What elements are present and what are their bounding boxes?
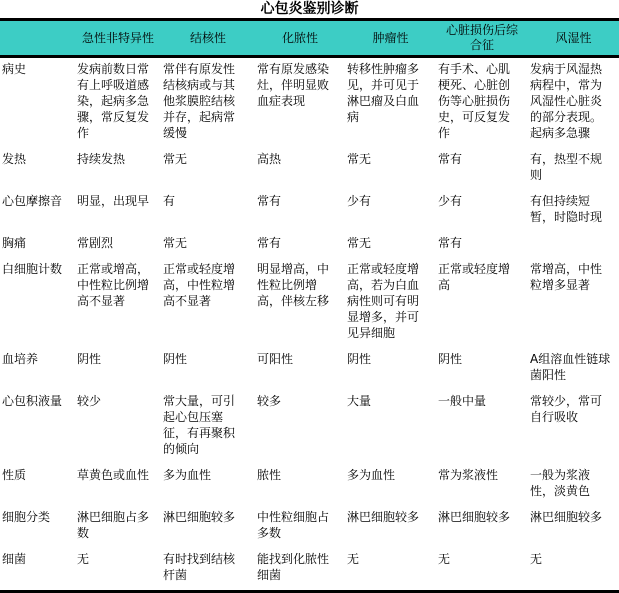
column-header: 心脏损伤后综合征 (436, 20, 528, 57)
row-label: 白细胞计数 (0, 258, 75, 348)
cell: 常为浆液性 (436, 464, 528, 506)
cell: 有时找到结核杆菌 (161, 548, 255, 592)
cell: 阴性 (345, 348, 436, 390)
cell: 常增高，中性粒增多显著 (528, 258, 619, 348)
row-label: 心包积液量 (0, 390, 75, 464)
cell: 正常或轻度增高，中性粒增高不显著 (161, 258, 255, 348)
cell: 常无 (161, 148, 255, 190)
cell: 发病于风湿热病程中，常为风湿性心脏炎的部分表现。起病多急骤 (528, 57, 619, 149)
cell: 无 (75, 548, 161, 592)
cell: 常有 (255, 232, 345, 258)
cell: 高热 (255, 148, 345, 190)
cell: 少有 (345, 190, 436, 232)
cell: 较少 (75, 390, 161, 464)
cell: 大量 (345, 390, 436, 464)
column-header: 化脓性 (255, 20, 345, 57)
cell: 有 (161, 190, 255, 232)
cell: 中性粒细胞占多数 (255, 506, 345, 548)
table-row: 细菌无有时找到结核杆菌能找到化脓性细菌无无无 (0, 548, 619, 592)
cell: A组溶血性链球菌阳性 (528, 348, 619, 390)
cell: 正常或轻度增高，若为白血病性则可有明显增多，并可见异细胞 (345, 258, 436, 348)
cell: 阴性 (161, 348, 255, 390)
cell: 转移性肿瘤多见，并可见于淋巴瘤及白血病 (345, 57, 436, 149)
cell: 淋巴细胞较多 (528, 506, 619, 548)
corner-header-cell (0, 20, 75, 57)
cell: 常无 (345, 148, 436, 190)
pericarditis-diagnosis-table: 急性非特异性结核性化脓性肿瘤性心脏损伤后综合征风湿性 病史发病前数日常有上呼吸道… (0, 18, 619, 593)
column-header: 急性非特异性 (75, 20, 161, 57)
table-row: 心包摩擦音明显，出现早有常有少有少有有但持续短暂，时隐时现 (0, 190, 619, 232)
cell: 正常或轻度增高 (436, 258, 528, 348)
cell: 明显增高，中性粒比例增高，伴核左移 (255, 258, 345, 348)
table-row: 心包积液量较少常大量，可引起心包压塞征，有再聚积的倾向较多大量一般中量常较少，常… (0, 390, 619, 464)
cell: 无 (528, 548, 619, 592)
table-row: 病史发病前数日常有上呼吸道感染，起病多急骤，常反复发作常伴有原发性结核病或与其他… (0, 57, 619, 149)
table-body: 病史发病前数日常有上呼吸道感染，起病多急骤，常反复发作常伴有原发性结核病或与其他… (0, 57, 619, 592)
row-label: 发热 (0, 148, 75, 190)
table-header-row: 急性非特异性结核性化脓性肿瘤性心脏损伤后综合征风湿性 (0, 20, 619, 57)
cell: 阴性 (436, 348, 528, 390)
cell: 无 (436, 548, 528, 592)
cell: 常无 (345, 232, 436, 258)
cell: 常伴有原发性结核病或与其他浆膜腔结核并存，起病常缓慢 (161, 57, 255, 149)
cell: 阴性 (75, 348, 161, 390)
row-label: 病史 (0, 57, 75, 149)
table-row: 细胞分类淋巴细胞占多数淋巴细胞较多中性粒细胞占多数淋巴细胞较多淋巴细胞较多淋巴细… (0, 506, 619, 548)
cell: 常较少，常可自行吸收 (528, 390, 619, 464)
table-row: 胸痛常剧烈常无常有常无常有 (0, 232, 619, 258)
table-row: 血培养阴性阴性可阳性阴性阴性A组溶血性链球菌阳性 (0, 348, 619, 390)
cell: 少有 (436, 190, 528, 232)
cell (528, 232, 619, 258)
cell: 常剧烈 (75, 232, 161, 258)
column-header: 风湿性 (528, 20, 619, 57)
cell: 无 (345, 548, 436, 592)
row-label: 细菌 (0, 548, 75, 592)
cell: 有但持续短暂，时隐时现 (528, 190, 619, 232)
cell: 明显，出现早 (75, 190, 161, 232)
cell: 多为血性 (161, 464, 255, 506)
page: 心包炎鉴别诊断 急性非特异性结核性化脓性肿瘤性心脏损伤后综合征风湿性 病史发病前… (0, 0, 619, 593)
cell: 常有 (255, 190, 345, 232)
row-label: 细胞分类 (0, 506, 75, 548)
cell: 一般为浆液性，淡黄色 (528, 464, 619, 506)
cell: 有，热型不规则 (528, 148, 619, 190)
cell: 正常或增高，中性粒比例增高不显著 (75, 258, 161, 348)
cell: 草黄色或血性 (75, 464, 161, 506)
column-header: 肿瘤性 (345, 20, 436, 57)
cell: 常有 (436, 232, 528, 258)
cell: 常大量，可引起心包压塞征，有再聚积的倾向 (161, 390, 255, 464)
row-label: 血培养 (0, 348, 75, 390)
cell: 淋巴细胞占多数 (75, 506, 161, 548)
cell: 可阳性 (255, 348, 345, 390)
cell: 常有 (436, 148, 528, 190)
cell: 多为血性 (345, 464, 436, 506)
table-row: 白细胞计数正常或增高，中性粒比例增高不显著正常或轻度增高，中性粒增高不显著明显增… (0, 258, 619, 348)
table-row: 发热持续发热常无高热常无常有有，热型不规则 (0, 148, 619, 190)
row-label: 心包摩擦音 (0, 190, 75, 232)
cell: 常无 (161, 232, 255, 258)
cell: 一般中量 (436, 390, 528, 464)
cell: 发病前数日常有上呼吸道感染，起病多急骤，常反复发作 (75, 57, 161, 149)
cell: 能找到化脓性细菌 (255, 548, 345, 592)
cell: 常有原发感染灶，伴明显败血症表现 (255, 57, 345, 149)
cell: 淋巴细胞较多 (436, 506, 528, 548)
cell: 脓性 (255, 464, 345, 506)
cell: 有手术、心肌梗死、心脏创伤等心脏损伤史，可反复发作 (436, 57, 528, 149)
row-label: 性质 (0, 464, 75, 506)
cell: 较多 (255, 390, 345, 464)
table-row: 性质草黄色或血性多为血性脓性多为血性常为浆液性一般为浆液性，淡黄色 (0, 464, 619, 506)
cell: 淋巴细胞较多 (345, 506, 436, 548)
row-label: 胸痛 (0, 232, 75, 258)
page-title: 心包炎鉴别诊断 (0, 0, 619, 18)
cell: 持续发热 (75, 148, 161, 190)
cell: 淋巴细胞较多 (161, 506, 255, 548)
column-header: 结核性 (161, 20, 255, 57)
